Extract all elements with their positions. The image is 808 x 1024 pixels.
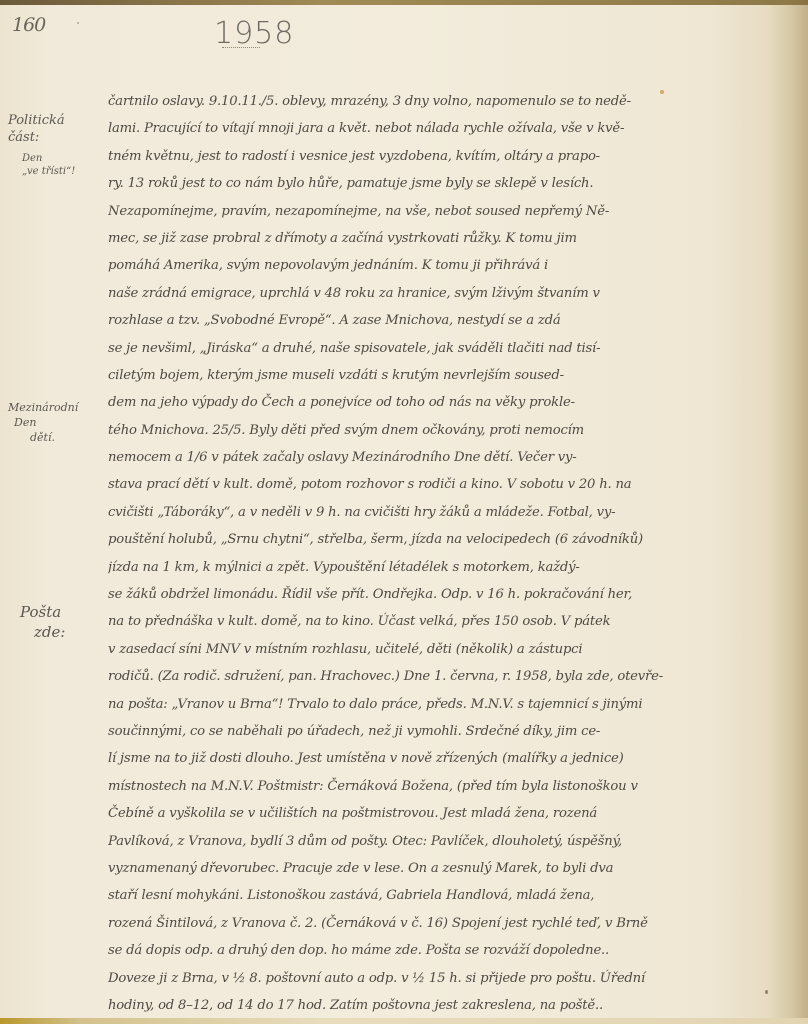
page-gutter-shadow (768, 0, 808, 1024)
text-line: místnostech na M.N.V. Poštmistr: Černáko… (108, 773, 718, 800)
margin-note-politicka-cast: Politická část: (8, 112, 65, 146)
margin-note-line: Den (22, 152, 75, 165)
margin-note-line: část: (8, 129, 65, 146)
paper-stain (765, 990, 768, 994)
text-line: se dá dopis odp. a druhý den dop. ho mám… (108, 937, 718, 964)
text-line: lí jsme na to již dosti dlouho. Jest umí… (108, 745, 718, 772)
margin-note-mezinarodni-den-deti: Mezinárodní Den dětí. (8, 400, 78, 445)
page-number: 160 (12, 14, 45, 36)
text-line: mec, se již zase probral z dřímoty a zač… (108, 225, 718, 252)
paper-stain (77, 22, 79, 24)
margin-note-line: Den (8, 415, 78, 430)
text-line: Čebíně a vyškolila se v učilištích na po… (108, 800, 718, 827)
margin-note-posta-zde: Pošta zde: (20, 602, 65, 642)
year-heading: 1958 (214, 16, 294, 51)
margin-note-line: Politická (8, 112, 65, 129)
text-line: stava prací dětí v kult. domě, potom roz… (108, 471, 718, 498)
text-line: pomáhá Amerika, svým nepovolavým jednání… (108, 252, 718, 279)
text-line: nemocem a 1/6 v pátek začaly oslavy Mezi… (108, 444, 718, 471)
text-line: pouštění holubů, „Srnu chytni“, střelba,… (108, 526, 718, 553)
document-page: 160 1958 Politická část: Den „ve třísti“… (0, 0, 808, 1024)
text-line: Nezapomínejme, pravím, nezapomínejme, na… (108, 198, 718, 225)
margin-note-line: Pošta (20, 602, 65, 622)
text-line: součinnými, co se naběhali po úřadech, n… (108, 718, 718, 745)
margin-note-den-ve-tristi: Den „ve třísti“! (22, 152, 75, 178)
paper-stain (660, 90, 664, 94)
chronicle-body-text: čartnilo oslavy. 9.10.11./5. oblevy, mra… (108, 88, 718, 1019)
text-line: hodiny, od 8–12, od 14 do 17 hod. Zatím … (108, 992, 718, 1019)
text-line: se žáků obdržel limonádu. Řídil vše přít… (108, 581, 718, 608)
margin-note-line: „ve třísti“! (22, 165, 75, 178)
text-line: čartnilo oslavy. 9.10.11./5. oblevy, mra… (108, 88, 718, 115)
text-line: ciletým bojem, kterým jsme museli vzdáti… (108, 362, 718, 389)
text-line: cvičišti „Táboráky“, a v neděli v 9 h. n… (108, 499, 718, 526)
text-line: Doveze ji z Brna, v ½ 8. poštovní auto a… (108, 965, 718, 992)
margin-note-line: zde: (20, 622, 65, 642)
text-line: na pošta: „Vranov u Brna“! Trvalo to dal… (108, 691, 718, 718)
margin-note-line: dětí. (8, 430, 78, 445)
margin-note-line: Mezinárodní (8, 400, 78, 415)
text-line: dem na jeho výpady do Čech a ponejvíce o… (108, 389, 718, 416)
text-line: tého Mnichova. 25/5. Byly děti před svým… (108, 417, 718, 444)
text-line: ry. 13 roků jest to co nám bylo hůře, pa… (108, 170, 718, 197)
text-line: na to přednáška v kult. domě, na to kino… (108, 608, 718, 635)
text-line: staří lesní mohykáni. Listonoškou zastáv… (108, 882, 718, 909)
text-line: Pavlíková, z Vranova, bydlí 3 dům od poš… (108, 828, 718, 855)
text-line: tném květnu, jest to radostí i vesnice j… (108, 143, 718, 170)
year-heading-underline (222, 47, 260, 48)
text-line: se je nevšiml, „Jiráska“ a druhé, naše s… (108, 335, 718, 362)
text-line: rozená Šintilová, z Vranova č. 2. (Černá… (108, 910, 718, 937)
text-line: lami. Pracující to vítají mnoji jara a k… (108, 115, 718, 142)
text-line: rozhlase a tzv. „Svobodné Evropě“. A zas… (108, 307, 718, 334)
page-top-edge (0, 0, 808, 5)
text-line: naše zrádná emigrace, uprchlá v 48 roku … (108, 280, 718, 307)
text-line: v zasedací síni MNV v místním rozhlasu, … (108, 636, 718, 663)
text-line: rodičů. (Za rodič. sdružení, pan. Hracho… (108, 663, 718, 690)
text-line: vyznamenaný dřevorubec. Pracuje zde v le… (108, 855, 718, 882)
text-line: jízda na 1 km, k mýlnici a zpět. Vypoušt… (108, 554, 718, 581)
